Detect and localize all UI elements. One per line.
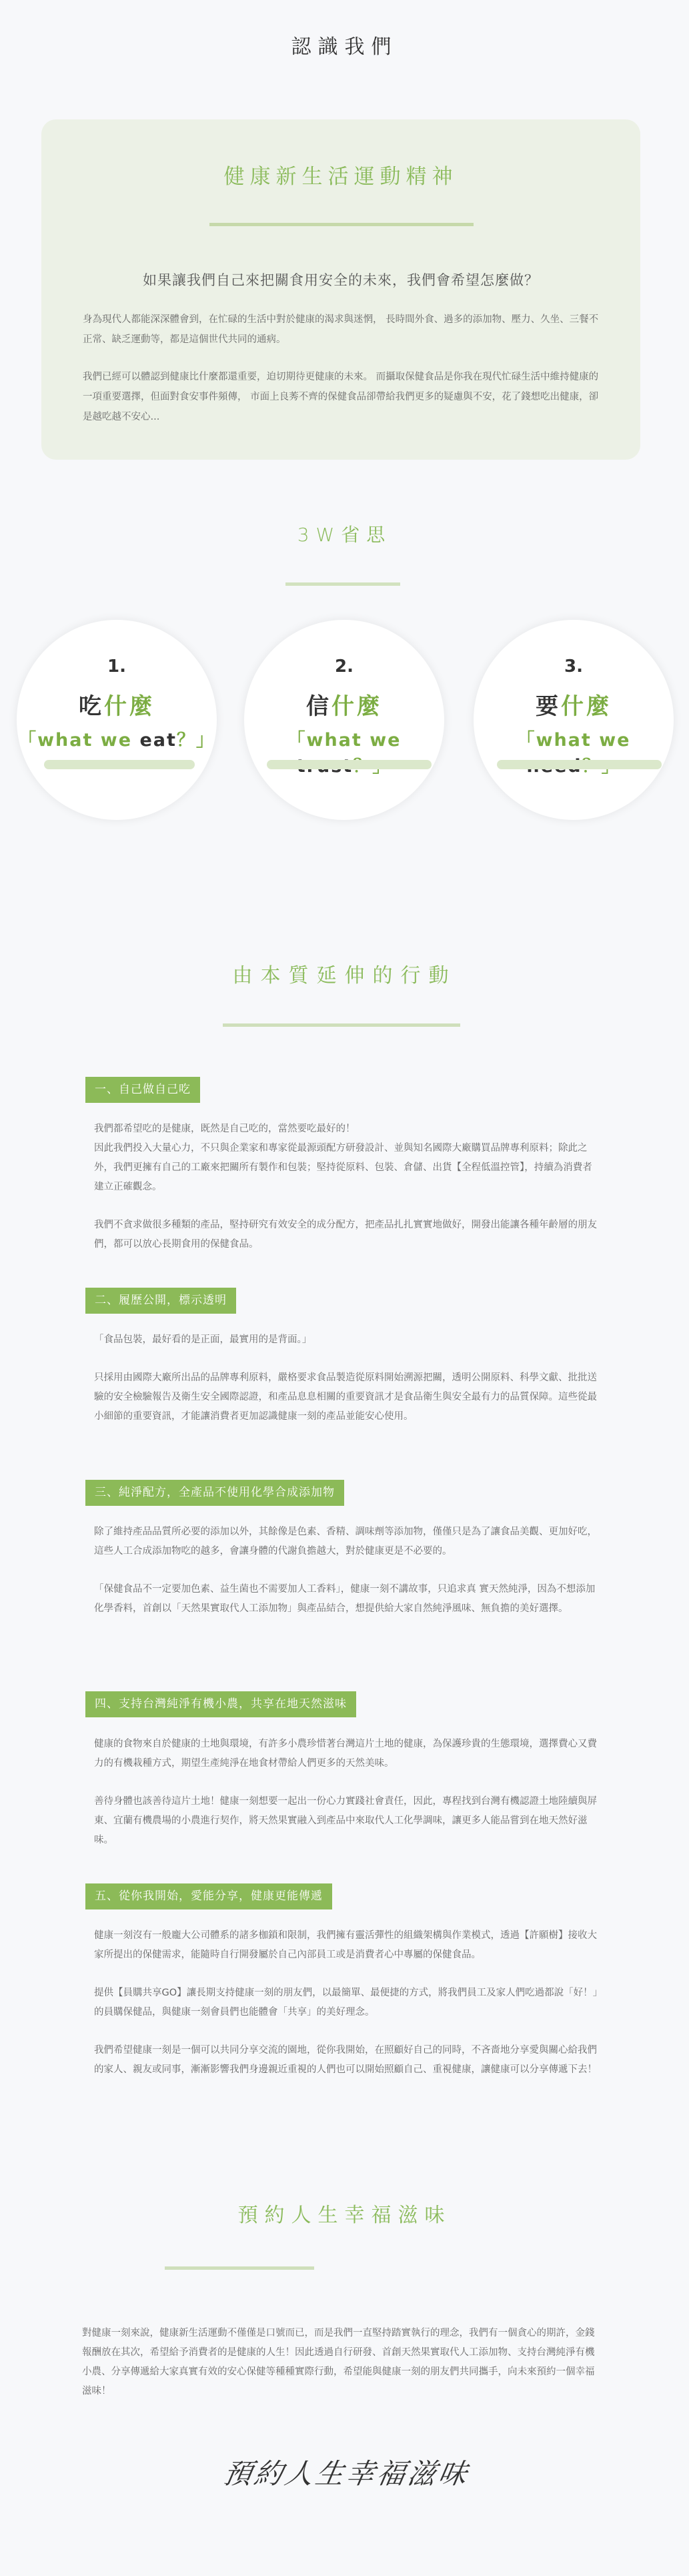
section-paragraph: 我們都希望吃的是健康，既然是自己吃的，當然要吃最好的！ 因此我們投入大量心力，不… bbox=[94, 1120, 601, 1197]
reflection-number: 1. bbox=[17, 657, 217, 677]
section-paragraph: 「食品包裝，最好看的是正面，最實用的是背面。」 bbox=[94, 1330, 601, 1350]
reflection-question: 信什麼 bbox=[244, 688, 444, 721]
divider bbox=[285, 582, 400, 586]
section-paragraph: 我們希望健康一刻是一個可以共同分享交流的園地，從你我開始，在照顧好自己的同時，不… bbox=[94, 2041, 601, 2080]
reflection-card-need: 3. 要什麼 「what we need？」 bbox=[474, 620, 674, 820]
section-heading-2: 二、履歷公開，標示透明 bbox=[85, 1288, 236, 1314]
highlight-bar bbox=[267, 760, 432, 769]
section-paragraph: 我們不貪求做很多種類的產品，堅持研究有效安全的成分配方，把產品扎扎實實地做好，開… bbox=[94, 1216, 601, 1254]
section-paragraph: 善待身體也該善待這片土地！健康一刻想要一起出一份心力實踐社會責任，因此，專程找到… bbox=[94, 1792, 601, 1850]
reflection-card-eat: 1. 吃什麼 「what we eat？」 bbox=[17, 620, 217, 820]
divider bbox=[209, 223, 474, 226]
reflection-card-trust: 2. 信什麼 「what we trust？」 bbox=[244, 620, 444, 820]
highlight-bar bbox=[44, 760, 195, 769]
page-title: 認識我們 bbox=[0, 30, 689, 59]
section-body-3: 除了維持產品品質所必要的添加以外，其餘像是色素、香精、調味劑等添加物，僅僅只是為… bbox=[94, 1523, 601, 1637]
section-paragraph: 健康的食物來自於健康的土地與環境，有許多小農珍惜著台灣這片土地的健康，為保護珍貴… bbox=[94, 1735, 601, 1773]
highlight-bar bbox=[497, 760, 662, 769]
section-heading-4: 四、支持台灣純淨有機小農，共享在地天然滋味 bbox=[85, 1691, 356, 1717]
section-body-2: 「食品包裝，最好看的是正面，最實用的是背面。」 只採用由國際大廠所出品的品牌專利… bbox=[94, 1330, 601, 1445]
divider bbox=[165, 2266, 314, 2270]
reflection-question: 吃什麼 bbox=[17, 688, 217, 721]
section-paragraph: 健康一刻沒有一般龐大公司體系的諸多枷鎖和限制，我們擁有靈活彈性的組織架構與作業模… bbox=[94, 1926, 601, 1965]
section-paragraph: 「保健食品不一定要加色素、益生菌也不需要加人工香料」，健康一刻不講故事，只追求真… bbox=[94, 1580, 601, 1619]
intro-card: 健康新生活運動精神 如果讓我們自己來把關食用安全的未來，我們會希望怎麼做？ 身為… bbox=[41, 119, 640, 460]
section-paragraph: 提供【員購共享GO】讓長期支持健康一刻的朋友們，以最簡單、最便捷的方式，將我們員… bbox=[94, 1984, 601, 2022]
section-heading-5: 五、從你我開始，愛能分享，健康更能傳遞 bbox=[85, 1883, 332, 1909]
intro-question: 如果讓我們自己來把關食用安全的未來，我們會希望怎麼做？ bbox=[41, 270, 640, 290]
intro-paragraph: 我們已經可以體認到健康比什麼都還重要，迫切期待更健康的未來。 而攝取保健食品是你… bbox=[83, 367, 604, 427]
actions-title: 由本質延伸的行動 bbox=[0, 959, 689, 988]
reflection-number: 3. bbox=[474, 657, 674, 677]
reflection-english: 「what we need？」 bbox=[474, 725, 674, 777]
reflection-number: 2. bbox=[244, 657, 444, 677]
intro-body: 身為現代人都能深深體會到，在忙碌的生活中對於健康的渴求與迷惘， 長時間外食、過多… bbox=[83, 310, 604, 444]
section-paragraph: 除了維持產品品質所必要的添加以外，其餘像是色素、香精、調味劑等添加物，僅僅只是為… bbox=[94, 1523, 601, 1561]
reflection-title: 3W省思 bbox=[0, 520, 689, 547]
intro-title: 健康新生活運動精神 bbox=[41, 159, 640, 189]
section-body-5: 健康一刻沒有一般龐大公司體系的諸多枷鎖和限制，我們擁有靈活彈性的組織架構與作業模… bbox=[94, 1926, 601, 2098]
intro-paragraph: 身為現代人都能深深體會到，在忙碌的生活中對於健康的渴求與迷惘， 長時間外食、過多… bbox=[83, 310, 604, 350]
section-paragraph: 只採用由國際大廠所出品的品牌專利原料，嚴格要求食品製造從原料開始溯源把關，透明公… bbox=[94, 1368, 601, 1426]
handwritten-signature: 預約人生幸福滋味 bbox=[210, 2452, 484, 2492]
closing-paragraph: 對健康一刻來說，健康新生活運動不僅僅是口號而已，而是我們一直堅持踏實執行的理念，… bbox=[82, 2324, 599, 2401]
closing-title: 預約人生幸福滋味 bbox=[0, 2198, 689, 2228]
divider bbox=[223, 1023, 460, 1027]
section-heading-1: 一、自己做自己吃 bbox=[85, 1077, 200, 1103]
section-body-4: 健康的食物來自於健康的土地與環境，有許多小農珍惜著台灣這片土地的健康，為保護珍貴… bbox=[94, 1735, 601, 1869]
section-body-1: 我們都希望吃的是健康，既然是自己吃的，當然要吃最好的！ 因此我們投入大量心力，不… bbox=[94, 1120, 601, 1273]
reflection-english: 「what we trust？」 bbox=[244, 725, 444, 777]
reflection-english: 「what we eat？」 bbox=[17, 725, 217, 751]
section-heading-3: 三、純淨配方，全產品不使用化學合成添加物 bbox=[85, 1480, 344, 1506]
reflection-question: 要什麼 bbox=[474, 688, 674, 721]
